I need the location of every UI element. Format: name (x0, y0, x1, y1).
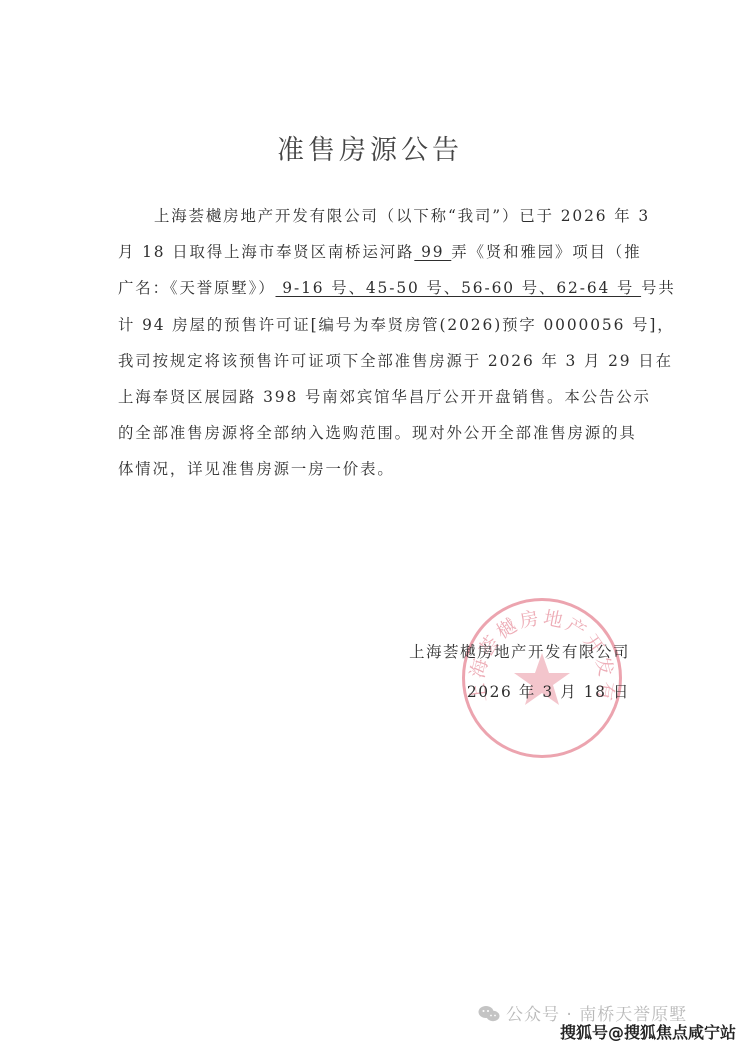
signature-company: 上海荟樾房地产开发有限公司 (409, 640, 630, 662)
paragraph-line: 我司按规定将该预售许可证项下全部准售房源于 2026 年 3 月 29 日在 (118, 343, 628, 379)
paragraph-line: 上海奉贤区展园路 398 号南郊宾馆华昌厅公开开盘销售。本公告公示 (118, 379, 628, 415)
text-run: 号共 (641, 279, 676, 297)
underlined-text: 9-16 号、45-50 号、56-60 号、62-64 号 (276, 279, 642, 297)
text-run: 计 94 房屋的预售许可证[编号为奉贤房管(2026)预字 0000056 号]… (118, 316, 675, 334)
paragraph-line: 上海荟樾房地产开发有限公司（以下称“我司”）已于 2026 年 3 (118, 198, 628, 234)
text-run: 我司按规定将该预售许可证项下全部准售房源于 2026 年 3 月 29 日在 (118, 352, 673, 370)
signature-date: 2026 年 3 月 18 日 (467, 680, 630, 702)
wechat-icon (478, 1005, 500, 1023)
announcement-body: 上海荟樾房地产开发有限公司（以下称“我司”）已于 2026 年 3月 18 日取… (118, 198, 628, 488)
text-run: 弄《贤和雅园》项目（推 (451, 243, 641, 261)
text-run: 上海荟樾房地产开发有限公司（以下称“我司”）已于 2026 年 3 (154, 207, 650, 225)
text-run: 体情况，详见准售房源一房一价表。 (118, 460, 395, 478)
text-run: 的全部准售房源将全部纳入选购范围。现对外公开全部准售房源的具 (118, 424, 637, 442)
company-seal: 上海荟樾房地产开发有限公司 (462, 598, 622, 758)
document-page: 准售房源公告 上海荟樾房地产开发有限公司（以下称“我司”）已于 2026 年 3… (0, 0, 740, 1046)
text-run: 广名：《天誉原墅》） (118, 279, 276, 297)
underlined-text: 99 (414, 243, 451, 261)
paragraph-line: 月 18 日取得上海市奉贤区南桥运河路 99 弄《贤和雅园》项目（推 (118, 234, 628, 270)
seal-star-icon: 上海荟樾房地产开发有限公司 (465, 601, 619, 755)
paragraph-line: 计 94 房屋的预售许可证[编号为奉贤房管(2026)预字 0000056 号]… (118, 307, 628, 343)
paragraph-line: 的全部准售房源将全部纳入选购范围。现对外公开全部准售房源的具 (118, 415, 628, 451)
sohu-watermark: 搜狐号@搜狐焦点咸宁站 (560, 1020, 736, 1043)
text-run: 上海奉贤区展园路 398 号南郊宾馆华昌厅公开开盘销售。本公告公示 (118, 388, 651, 406)
text-run: 月 18 日取得上海市奉贤区南桥运河路 (118, 243, 414, 261)
document-title: 准售房源公告 (0, 128, 740, 167)
paragraph-line: 体情况，详见准售房源一房一价表。 (118, 451, 628, 487)
paragraph-line: 广名：《天誉原墅》） 9-16 号、45-50 号、56-60 号、62-64 … (118, 270, 628, 306)
